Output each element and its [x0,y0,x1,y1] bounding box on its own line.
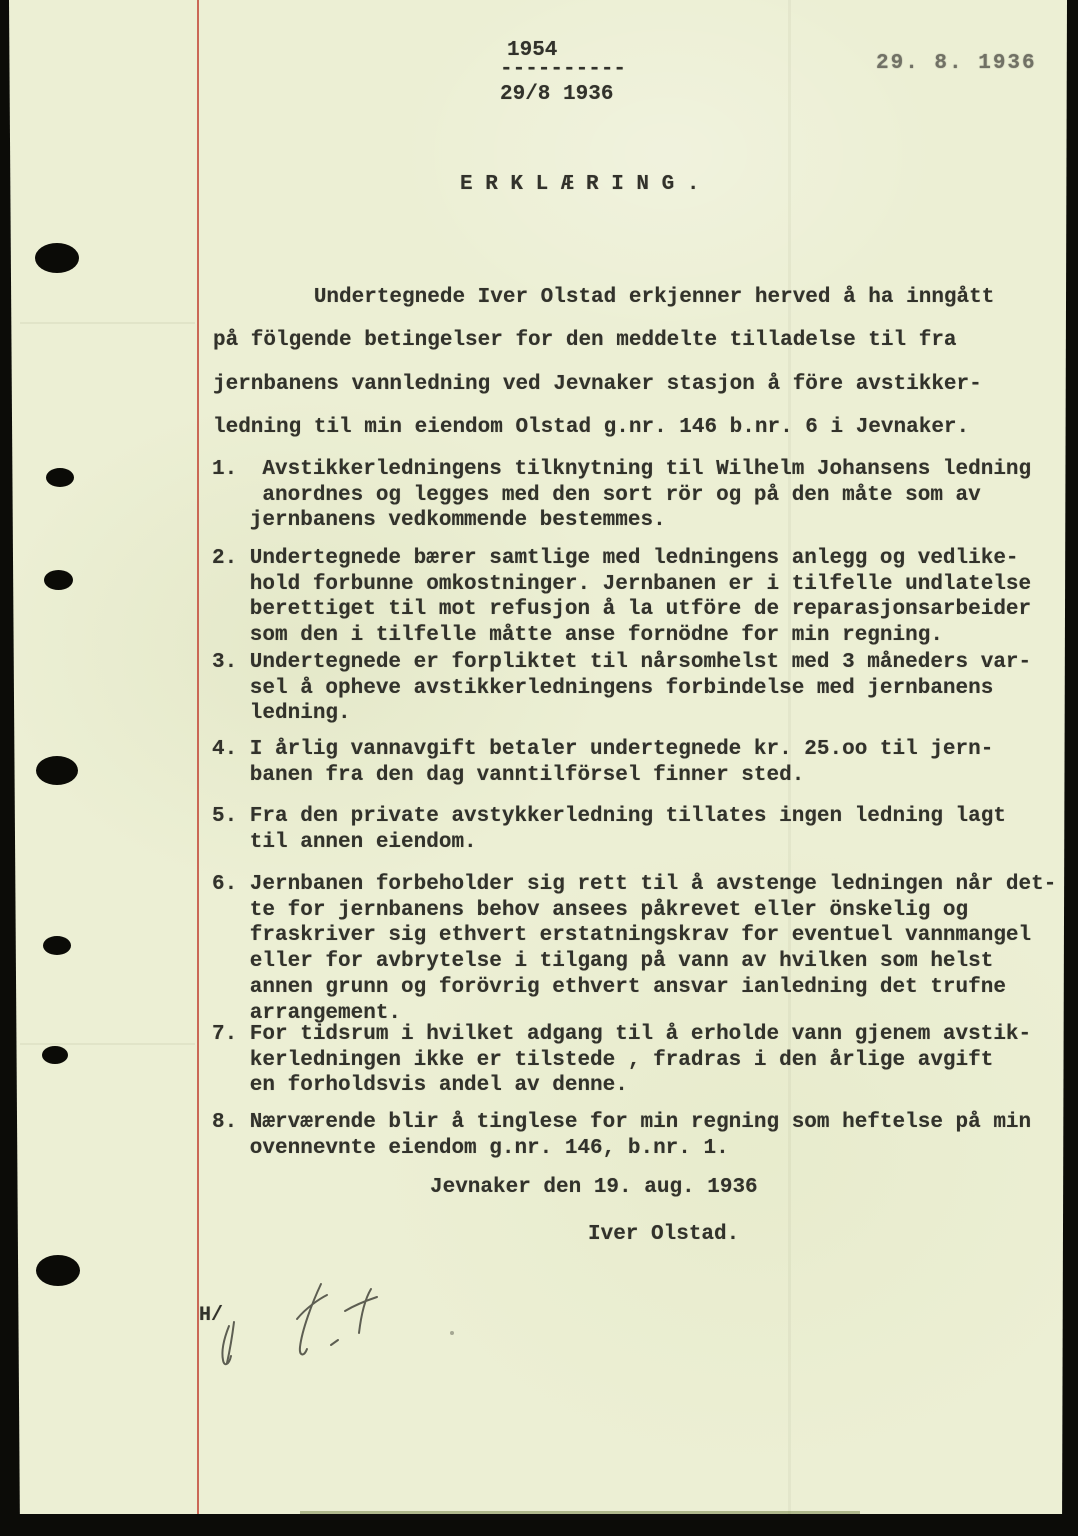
signature-stroke [359,1289,371,1333]
scanned-document-page: 1954 ---------- 29/8 1936 29. 8. 1936 E … [0,0,1078,1536]
clause-8: 8. Nærværende blir å tinglese for min re… [212,1110,1031,1161]
scan-edge-bottom [0,1514,1078,1536]
punch-hole [43,936,71,955]
place-and-date-line: Jevnaker den 19. aug. 1936 [430,1175,758,1201]
handwritten-signature-initials [190,1270,490,1380]
scan-edge-right [1062,0,1078,1536]
clause-5: 5. Fra den private avstykkerledning till… [212,804,1006,855]
signer-name: Iver Olstad. [588,1222,739,1248]
clause-1: 1. Avstikkerledningens tilknytning til W… [212,457,1031,534]
punch-hole [44,570,73,590]
document-title: E R K L Æ R I N G . [460,172,699,198]
pencil-dot [450,1331,454,1335]
signature-stroke [345,1297,377,1311]
scan-edge-left [0,0,22,1536]
date-stamp: 29. 8. 1936 [876,52,1037,75]
punch-hole [36,756,78,785]
signature-stroke [331,1340,338,1345]
punch-hole [36,1255,80,1286]
journal-date: 29/8 1936 [500,82,613,108]
punch-hole [35,243,79,273]
clause-7: 7. For tidsrum i hvilket adgang til å er… [212,1022,1031,1099]
paper-crease-horizontal [20,1043,195,1045]
clause-6: 6. Jernbanen forbeholder sig rett til å … [212,872,1056,1026]
clause-4: 4. I årlig vannavgift betaler undertegne… [212,737,993,788]
punch-hole [42,1046,68,1064]
journal-separator-dashes: ---------- [500,57,626,83]
clause-3: 3. Undertegnede er forpliktet til nårsom… [212,650,1031,727]
intro-paragraph: Undertegnede Iver Olstad erkjenner herve… [213,276,994,450]
punch-hole [46,468,74,487]
paper-crease-horizontal [20,322,195,324]
clause-2: 2. Undertegnede bærer samtlige med ledni… [212,546,1031,649]
signature-stroke [300,1284,321,1354]
